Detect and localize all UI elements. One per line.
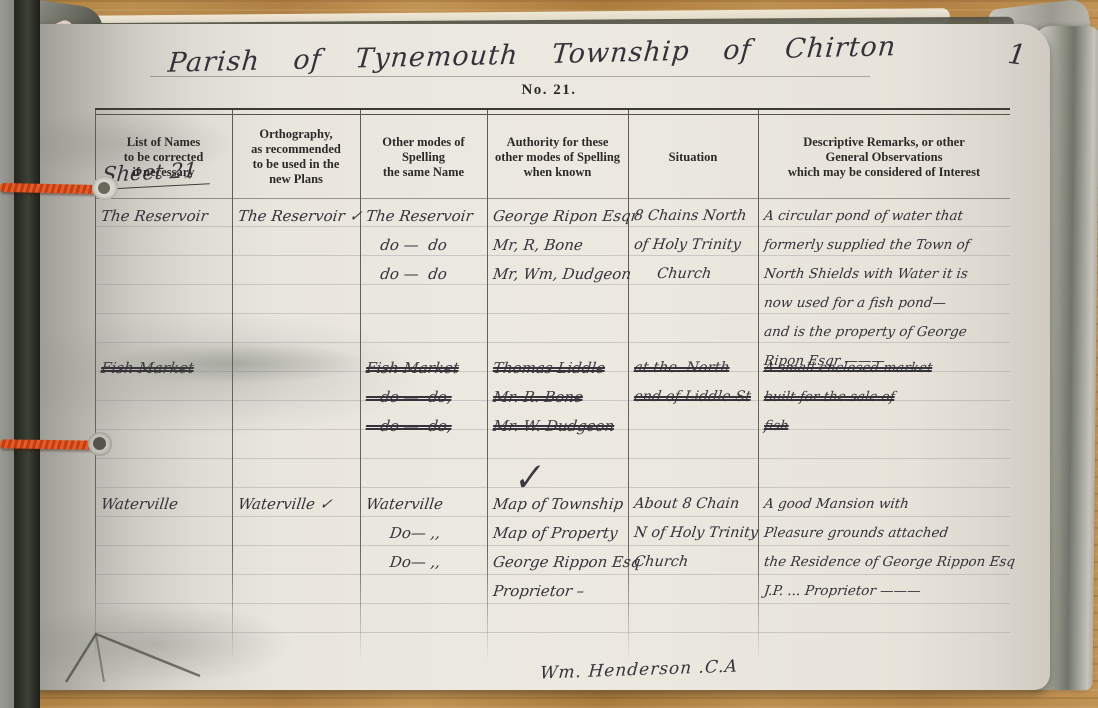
handwritten-line: Do— ,, — [364, 519, 485, 548]
handwritten-line: Map of Property — [491, 519, 626, 548]
cell-other_modes: The Reservoir do — do do — do — [366, 202, 483, 289]
handwritten-line: built for the sale of — [762, 383, 1008, 412]
handwritten-line: at the. North — [632, 354, 756, 383]
cell-authority: Thomas LiddleMr. R. BoneMr. W. Dudgeon — [493, 354, 624, 441]
handwritten-line: Map of Township — [491, 490, 626, 519]
handwritten-line: About 8 Chain — [632, 490, 756, 519]
handwritten-line: Waterville — [99, 490, 230, 519]
handwritten-line: Church — [632, 260, 756, 289]
header-line: the same Name — [383, 165, 464, 180]
handwritten-line: do — do, — [364, 412, 485, 441]
handwritten-line: formerly supplied the Town of — [762, 231, 1008, 260]
pencil-corner-mark — [38, 612, 238, 702]
ink-smudge — [100, 342, 370, 384]
cell-other_modes: Fish Market do — do, do — do, — [366, 354, 483, 441]
handwritten-line: Fish Market — [364, 354, 485, 383]
header-line: General Observations — [825, 150, 942, 165]
handwritten-line: do — do, — [364, 383, 485, 412]
column-divider — [232, 110, 233, 662]
cell-other_modes: Waterville Do— ,, Do— ,, — [366, 490, 483, 577]
handwritten-line: 8 Chains North — [632, 202, 756, 231]
header-line: Authority for these — [507, 135, 609, 150]
column-divider — [487, 110, 488, 662]
cell-name: Waterville — [101, 490, 228, 519]
header-line: Spelling — [402, 150, 445, 165]
header-line: when known — [524, 165, 592, 180]
handwritten-line: Waterville ✓ — [236, 490, 358, 519]
header-line: if necessary — [132, 165, 194, 180]
cell-authority: Map of TownshipMap of PropertyGeorge Rip… — [493, 490, 624, 606]
handwritten-line: now used for a fish pond— — [762, 289, 1008, 318]
handwritten-line: Thomas Liddle — [491, 354, 626, 383]
handwritten-line: and is the property of George — [762, 318, 1008, 347]
header-line: new Plans — [269, 172, 323, 187]
handwritten-line: Mr, Wm, Dudgeon — [491, 260, 626, 289]
column-divider — [758, 110, 759, 662]
header-line: Descriptive Remarks, or other — [803, 135, 965, 150]
handwritten-line: Mr, R, Bone — [491, 231, 626, 260]
handwritten-line: North Shields with Water it is — [762, 260, 1008, 289]
header-line: Orthography, — [259, 127, 332, 142]
header-line: other modes of Spelling — [495, 150, 620, 165]
column-header-other_modes: Other modes ofSpellingthe same Name — [362, 118, 485, 196]
header-line: Other modes of — [382, 135, 464, 150]
cell-remarks: A good Mansion withPleasure grounds atta… — [764, 490, 1006, 606]
punch-hole — [98, 182, 110, 194]
form-number: No. 21. — [0, 82, 1098, 99]
handwritten-line: The Reservoir ✓ — [236, 202, 358, 231]
header-line: to be used in the — [253, 157, 340, 172]
column-header-remarks: Descriptive Remarks, or otherGeneral Obs… — [760, 118, 1008, 196]
column-header-authority: Authority for theseother modes of Spelli… — [489, 118, 626, 196]
handwritten-line: N of Holy Trinity — [632, 519, 756, 548]
handwritten-line: the Residence of George Rippon Esq — [762, 548, 1008, 577]
handwritten-line: A small enclosed market — [762, 354, 1008, 383]
cell-remarks: A circular pond of water thatformerly su… — [764, 202, 1006, 376]
string-hole — [92, 176, 118, 200]
handwritten-line: Mr. W. Dudgeon — [491, 412, 626, 441]
column-header-orthography: Orthography,as recommendedto be used in … — [234, 118, 358, 196]
handwritten-line: do — do — [364, 260, 485, 289]
check-mark: ✓ — [509, 456, 545, 501]
handwritten-line: Mr. R. Bone — [491, 383, 626, 412]
scanned-document-photo: Parish of Tynemouth Township of Chirton … — [0, 0, 1098, 708]
header-line: as recommended — [251, 142, 341, 157]
punch-hole — [93, 437, 106, 450]
cell-situation: 8 Chains Northof Holy Trinity Church — [634, 202, 754, 289]
cell-orthography: The Reservoir ✓ — [238, 202, 356, 231]
handwritten-line: The Reservoir — [99, 202, 230, 231]
handwritten-line: George Rippon Esq — [491, 548, 626, 577]
cell-remarks: A small enclosed marketbuilt for the sal… — [764, 354, 1006, 441]
handwritten-line: Waterville — [364, 490, 485, 519]
handwritten-line: do — do — [364, 231, 485, 260]
cell-name: The Reservoir — [101, 202, 228, 231]
string-hole — [88, 432, 112, 456]
header-line: to be corrected — [124, 150, 204, 165]
handwritten-line: fish — [762, 412, 1008, 441]
title-rule — [150, 76, 870, 77]
handwritten-line: The Reservoir — [364, 202, 485, 231]
header-line: List of Names — [127, 135, 201, 150]
column-divider — [360, 110, 361, 662]
cell-authority: George Ripon EsqrMr, R, BoneMr, Wm, Dudg… — [493, 202, 624, 289]
binding-strip — [14, 0, 40, 708]
handwritten-line: Pleasure grounds attached — [762, 519, 1008, 548]
red-tie-string — [0, 439, 100, 449]
handwritten-line: of Holy Trinity — [632, 231, 756, 260]
column-header-situation: Situation — [630, 118, 756, 196]
handwritten-line: A good Mansion with — [762, 490, 1008, 519]
handwritten-line: A circular pond of water that — [762, 202, 1008, 231]
cell-situation: About 8 ChainN of Holy TrinityChurch — [634, 490, 754, 577]
handwritten-line: J.P. ... Proprietor ——— — [762, 577, 1008, 606]
cell-situation: at the. Northend of Liddle St — [634, 354, 754, 412]
handwritten-line: George Ripon Esqr — [491, 202, 626, 231]
handwritten-line: Do— ,, — [364, 548, 485, 577]
header-line: Situation — [669, 150, 718, 165]
handwritten-line: Church — [632, 548, 756, 577]
column-divider — [628, 110, 629, 662]
header-line: which may be considered of Interest — [788, 165, 980, 180]
handwritten-line: end of Liddle St — [632, 383, 756, 412]
cell-orthography: Waterville ✓ — [238, 490, 356, 519]
handwritten-line: Proprietor – — [491, 577, 626, 606]
